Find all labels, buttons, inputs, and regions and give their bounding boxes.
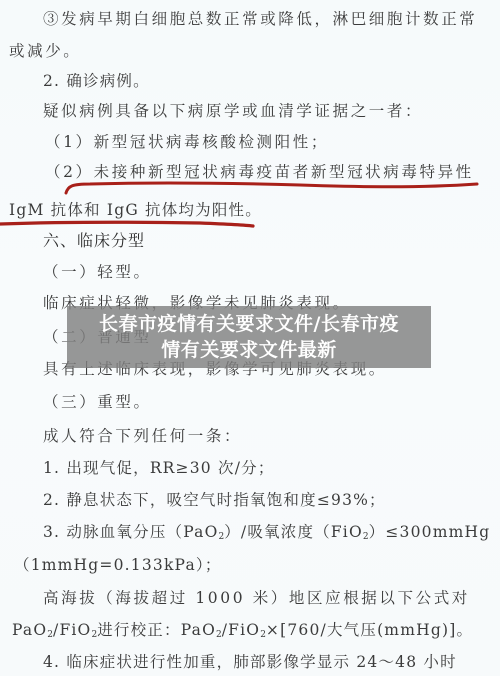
text-line: （三）重型。: [43, 392, 152, 412]
text-segment: PaO: [12, 621, 47, 639]
text-segment: ）≤300mmHg: [369, 523, 491, 541]
text-line: 高海拔（海拔超过 1000 米）地区应根据以下公式对: [43, 588, 470, 608]
section-heading: 2. 确诊病例。: [43, 71, 150, 91]
text-line: PaO2/FiO2进行校正：PaO2/FiO2×[760/大气压(mmHg)]。: [12, 620, 473, 645]
section-heading: 六、临床分型: [43, 231, 145, 251]
text-line: （一）轻型。: [43, 262, 152, 282]
text-line: 或减少。: [9, 41, 81, 61]
text-line: （1mmHg=0.133kPa）；: [14, 555, 222, 575]
text-segment: 进行校正：PaO: [97, 621, 216, 639]
text-line: 成人符合下列任何一条：: [43, 426, 242, 446]
text-segment: /FiO: [222, 621, 260, 639]
text-segment: /FiO: [53, 621, 91, 639]
text-line: （1）新型冠状病毒核酸检测阳性；: [45, 132, 329, 152]
text-line: 1. 出现气促，RR≥30 次/分；: [43, 458, 275, 478]
text-segment: ×[760/大气压(mmHg)]。: [266, 621, 473, 639]
text-line: 3. 动脉血氧分压（PaO2）/吸氧浓度（FiO2）≤300mmHg: [43, 522, 490, 547]
text-segment: ）/吸氧浓度（FiO: [224, 523, 363, 541]
text-line: IgM 抗体和 IgG 抗体均为阳性。: [9, 200, 262, 220]
title-overlay-banner: 长春市疫情有关要求文件/长春市疫 情有关要求文件最新: [67, 306, 431, 368]
text-line: 4. 临床症状进行性加重，肺部影像学显示 24～48 小时: [43, 652, 457, 672]
text-line: ③发病早期白细胞总数正常或降低，淋巴细胞计数正常: [43, 9, 477, 29]
overlay-title-line-2: 情有关要求文件最新: [161, 337, 337, 363]
text-line: 2. 静息状态下，吸空气时指氧饱和度≤93%；: [43, 490, 386, 510]
document-page: ③发病早期白细胞总数正常或降低，淋巴细胞计数正常 或减少。 2. 确诊病例。 疑…: [0, 0, 500, 676]
text-line: 疑似病例具备以下病原学或血清学证据之一者：: [43, 101, 423, 121]
text-segment: 3. 动脉血氧分压（PaO: [43, 523, 219, 541]
overlay-title-line-1: 长春市疫情有关要求文件/长春市疫: [99, 311, 399, 337]
text-line: （2）未接种新型冠状病毒疫苗者新型冠状病毒特异性: [45, 162, 474, 182]
